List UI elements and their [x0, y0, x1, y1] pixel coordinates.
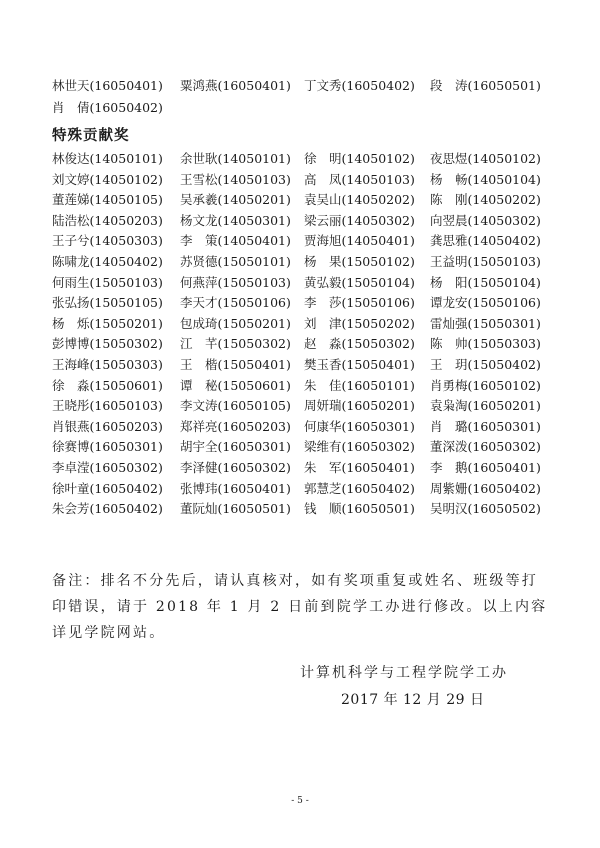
- name-entry: 杨 阳(15050104): [430, 273, 541, 293]
- name-entry: 林世天(16050401): [52, 76, 163, 96]
- name-entry: 陈 刚(14050202): [430, 190, 541, 210]
- name-entry: 李文涛(16050105): [180, 396, 291, 416]
- name-entry: 高 凤(14050103): [304, 170, 415, 190]
- name-entry: 李 鹅(16050401): [430, 458, 541, 478]
- name-entry: 董莲娣(14050105): [52, 190, 163, 210]
- name-entry: 刘 津(15050202): [304, 314, 415, 334]
- name-entry: 李卓滢(16050302): [52, 458, 163, 478]
- name-entry: 周妍瑞(16050201): [304, 396, 415, 416]
- name-entry: 周紫姗(16050402): [430, 479, 541, 499]
- special-award-row: 肖银燕(16050203)郑祥亮(16050203)何康华(16050301)肖…: [52, 417, 552, 437]
- name-entry: 徐赛博(16050301): [52, 437, 163, 457]
- name-entry: 王 玥(15050402): [430, 355, 541, 375]
- special-award-row: 徐赛博(16050301)胡宇全(16050301)梁维有(16050302)董…: [52, 437, 552, 457]
- name-entry: 朱 佳(16050101): [304, 376, 415, 396]
- name-entry: 徐 明(14050102): [304, 149, 415, 169]
- name-entry: 夜思煜(14050102): [430, 149, 541, 169]
- name-entry: 朱会芳(16050402): [52, 499, 163, 519]
- name-entry: 黄弘毅(15050104): [304, 273, 415, 293]
- special-award-row: 李卓滢(16050302)李泽健(16050302)朱 军(16050401)李…: [52, 458, 552, 478]
- name-entry: 林俊达(14050101): [52, 149, 163, 169]
- special-award-row: 徐 淼(15050601)谭 秘(15050601)朱 佳(16050101)肖…: [52, 376, 552, 396]
- name-entry: 郑祥亮(16050203): [180, 417, 291, 437]
- name-entry: 王子兮(14050303): [52, 231, 163, 251]
- name-entry: 段 涛(16050501): [430, 76, 541, 96]
- name-entry: 陆浩松(14050203): [52, 211, 163, 231]
- name-entry: 陈啸龙(14050402): [52, 252, 163, 272]
- signature-date: 2017 年 12 月 29 日: [341, 689, 485, 709]
- name-entry: 李 莎(15050106): [304, 293, 415, 313]
- special-award-row: 何雨生(15050103)何燕萍(15050103)黄弘毅(15050104)杨…: [52, 273, 552, 293]
- name-entry: 樊玉香(15050401): [304, 355, 415, 375]
- name-entry: 向翌晨(14050302): [430, 211, 541, 231]
- name-entry: 江 芊(15050302): [180, 334, 291, 354]
- name-entry: 肖 璐(16050301): [430, 417, 541, 437]
- special-award-row: 董莲娣(14050105)吴承羲(14050201)袁吴山(14050202)陈…: [52, 190, 552, 210]
- name-entry: 钱 顺(16050501): [304, 499, 415, 519]
- name-entry: 余世耿(14050101): [180, 149, 291, 169]
- name-entry: 王海峰(15050303): [52, 355, 163, 375]
- name-entry: 徐叶童(16050402): [52, 479, 163, 499]
- special-award-row: 王晓彤(16050103)李文涛(16050105)周妍瑞(16050201)袁…: [52, 396, 552, 416]
- name-entry: 袁枭淘(16050201): [430, 396, 541, 416]
- special-award-row: 杨 烁(15050201)包成琦(15050201)刘 津(15050202)雷…: [52, 314, 552, 334]
- name-entry: 李泽健(16050302): [180, 458, 291, 478]
- previous-list-row: 林世天(16050401)粟鸿燕(16050401)丁文秀(16050402)段…: [52, 76, 552, 96]
- name-entry: 吴明汉(16050502): [430, 499, 541, 519]
- name-entry: 彭博博(15050302): [52, 334, 163, 354]
- name-entry: 袁吴山(14050202): [304, 190, 415, 210]
- name-entry: 陈 帅(15050303): [430, 334, 541, 354]
- name-entry: 何康华(16050301): [304, 417, 415, 437]
- special-award-row: 林俊达(14050101)余世耿(14050101)徐 明(14050102)夜…: [52, 149, 552, 169]
- name-entry: 朱 军(16050401): [304, 458, 415, 478]
- name-entry: 谭 秘(15050601): [180, 376, 291, 396]
- name-entry: 吴承羲(14050201): [180, 190, 291, 210]
- name-entry: 肖银燕(16050203): [52, 417, 163, 437]
- special-award-row: 王子兮(14050303)李 策(14050401)贾海旭(14050401)龚…: [52, 231, 552, 251]
- name-entry: 谭龙安(15050106): [430, 293, 541, 313]
- name-entry: 李天才(15050106): [180, 293, 291, 313]
- name-entry: 王晓彤(16050103): [52, 396, 163, 416]
- name-entry: 胡宇全(16050301): [180, 437, 291, 457]
- special-award-row: 朱会芳(16050402)董阮灿(16050501)钱 顺(16050501)吴…: [52, 499, 552, 519]
- name-entry: 王雪松(14050103): [180, 170, 291, 190]
- name-entry: 王益明(15050103): [430, 252, 541, 272]
- name-entry: 李 策(14050401): [180, 231, 291, 251]
- special-award-row: 陆浩松(14050203)杨文龙(14050301)梁云丽(14050302)向…: [52, 211, 552, 231]
- name-entry: 郭慧芝(16050402): [304, 479, 415, 499]
- previous-list-row: 肖 倩(16050402): [52, 98, 552, 118]
- name-entry: 雷灿强(15050301): [430, 314, 541, 334]
- special-award-row: 徐叶童(16050402)张博玮(16050401)郭慧芝(16050402)周…: [52, 479, 552, 499]
- name-entry: 杨文龙(14050301): [180, 211, 291, 231]
- name-entry: 何燕萍(15050103): [180, 273, 291, 293]
- name-entry: 王 楷(15050401): [180, 355, 291, 375]
- special-award-row: 刘文婷(14050102)王雪松(14050103)高 凤(14050103)杨…: [52, 170, 552, 190]
- name-entry: 董深泼(16050302): [430, 437, 541, 457]
- name-entry: 董阮灿(16050501): [180, 499, 291, 519]
- signature-org: 计算机科学与工程学院学工办: [300, 662, 508, 682]
- name-entry: 徐 淼(15050601): [52, 376, 163, 396]
- special-award-row: 张弘扬(15050105)李天才(15050106)李 莎(15050106)谭…: [52, 293, 552, 313]
- note-paragraph: 备注：排名不分先后，请认真核对，如有奖项重复或姓名、班级等打印错误，请于 201…: [52, 568, 552, 646]
- name-entry: 包成琦(15050201): [180, 314, 291, 334]
- name-entry: 苏贤德(15050101): [180, 252, 291, 272]
- page-number: - 5 -: [0, 796, 600, 806]
- special-award-row: 王海峰(15050303)王 楷(15050401)樊玉香(15050401)王…: [52, 355, 552, 375]
- name-entry: 赵 淼(15050302): [304, 334, 415, 354]
- name-entry: 肖勇梅(16050102): [430, 376, 541, 396]
- section-title-special-award: 特殊贡献奖: [52, 124, 130, 145]
- name-entry: 张弘扬(15050105): [52, 293, 163, 313]
- name-entry: 龚思雅(14050402): [430, 231, 541, 251]
- name-entry: 梁云丽(14050302): [304, 211, 415, 231]
- name-entry: 杨 畅(14050104): [430, 170, 541, 190]
- name-entry: 贾海旭(14050401): [304, 231, 415, 251]
- name-entry: 杨 烁(15050201): [52, 314, 163, 334]
- name-entry: 肖 倩(16050402): [52, 98, 163, 118]
- name-entry: 粟鸿燕(16050401): [180, 76, 291, 96]
- name-entry: 杨 果(15050102): [304, 252, 415, 272]
- name-entry: 梁维有(16050302): [304, 437, 415, 457]
- special-award-row: 陈啸龙(14050402)苏贤德(15050101)杨 果(15050102)王…: [52, 252, 552, 272]
- special-award-row: 彭博博(15050302)江 芊(15050302)赵 淼(15050302)陈…: [52, 334, 552, 354]
- name-entry: 刘文婷(14050102): [52, 170, 163, 190]
- name-entry: 丁文秀(16050402): [304, 76, 415, 96]
- name-entry: 何雨生(15050103): [52, 273, 163, 293]
- name-entry: 张博玮(16050401): [180, 479, 291, 499]
